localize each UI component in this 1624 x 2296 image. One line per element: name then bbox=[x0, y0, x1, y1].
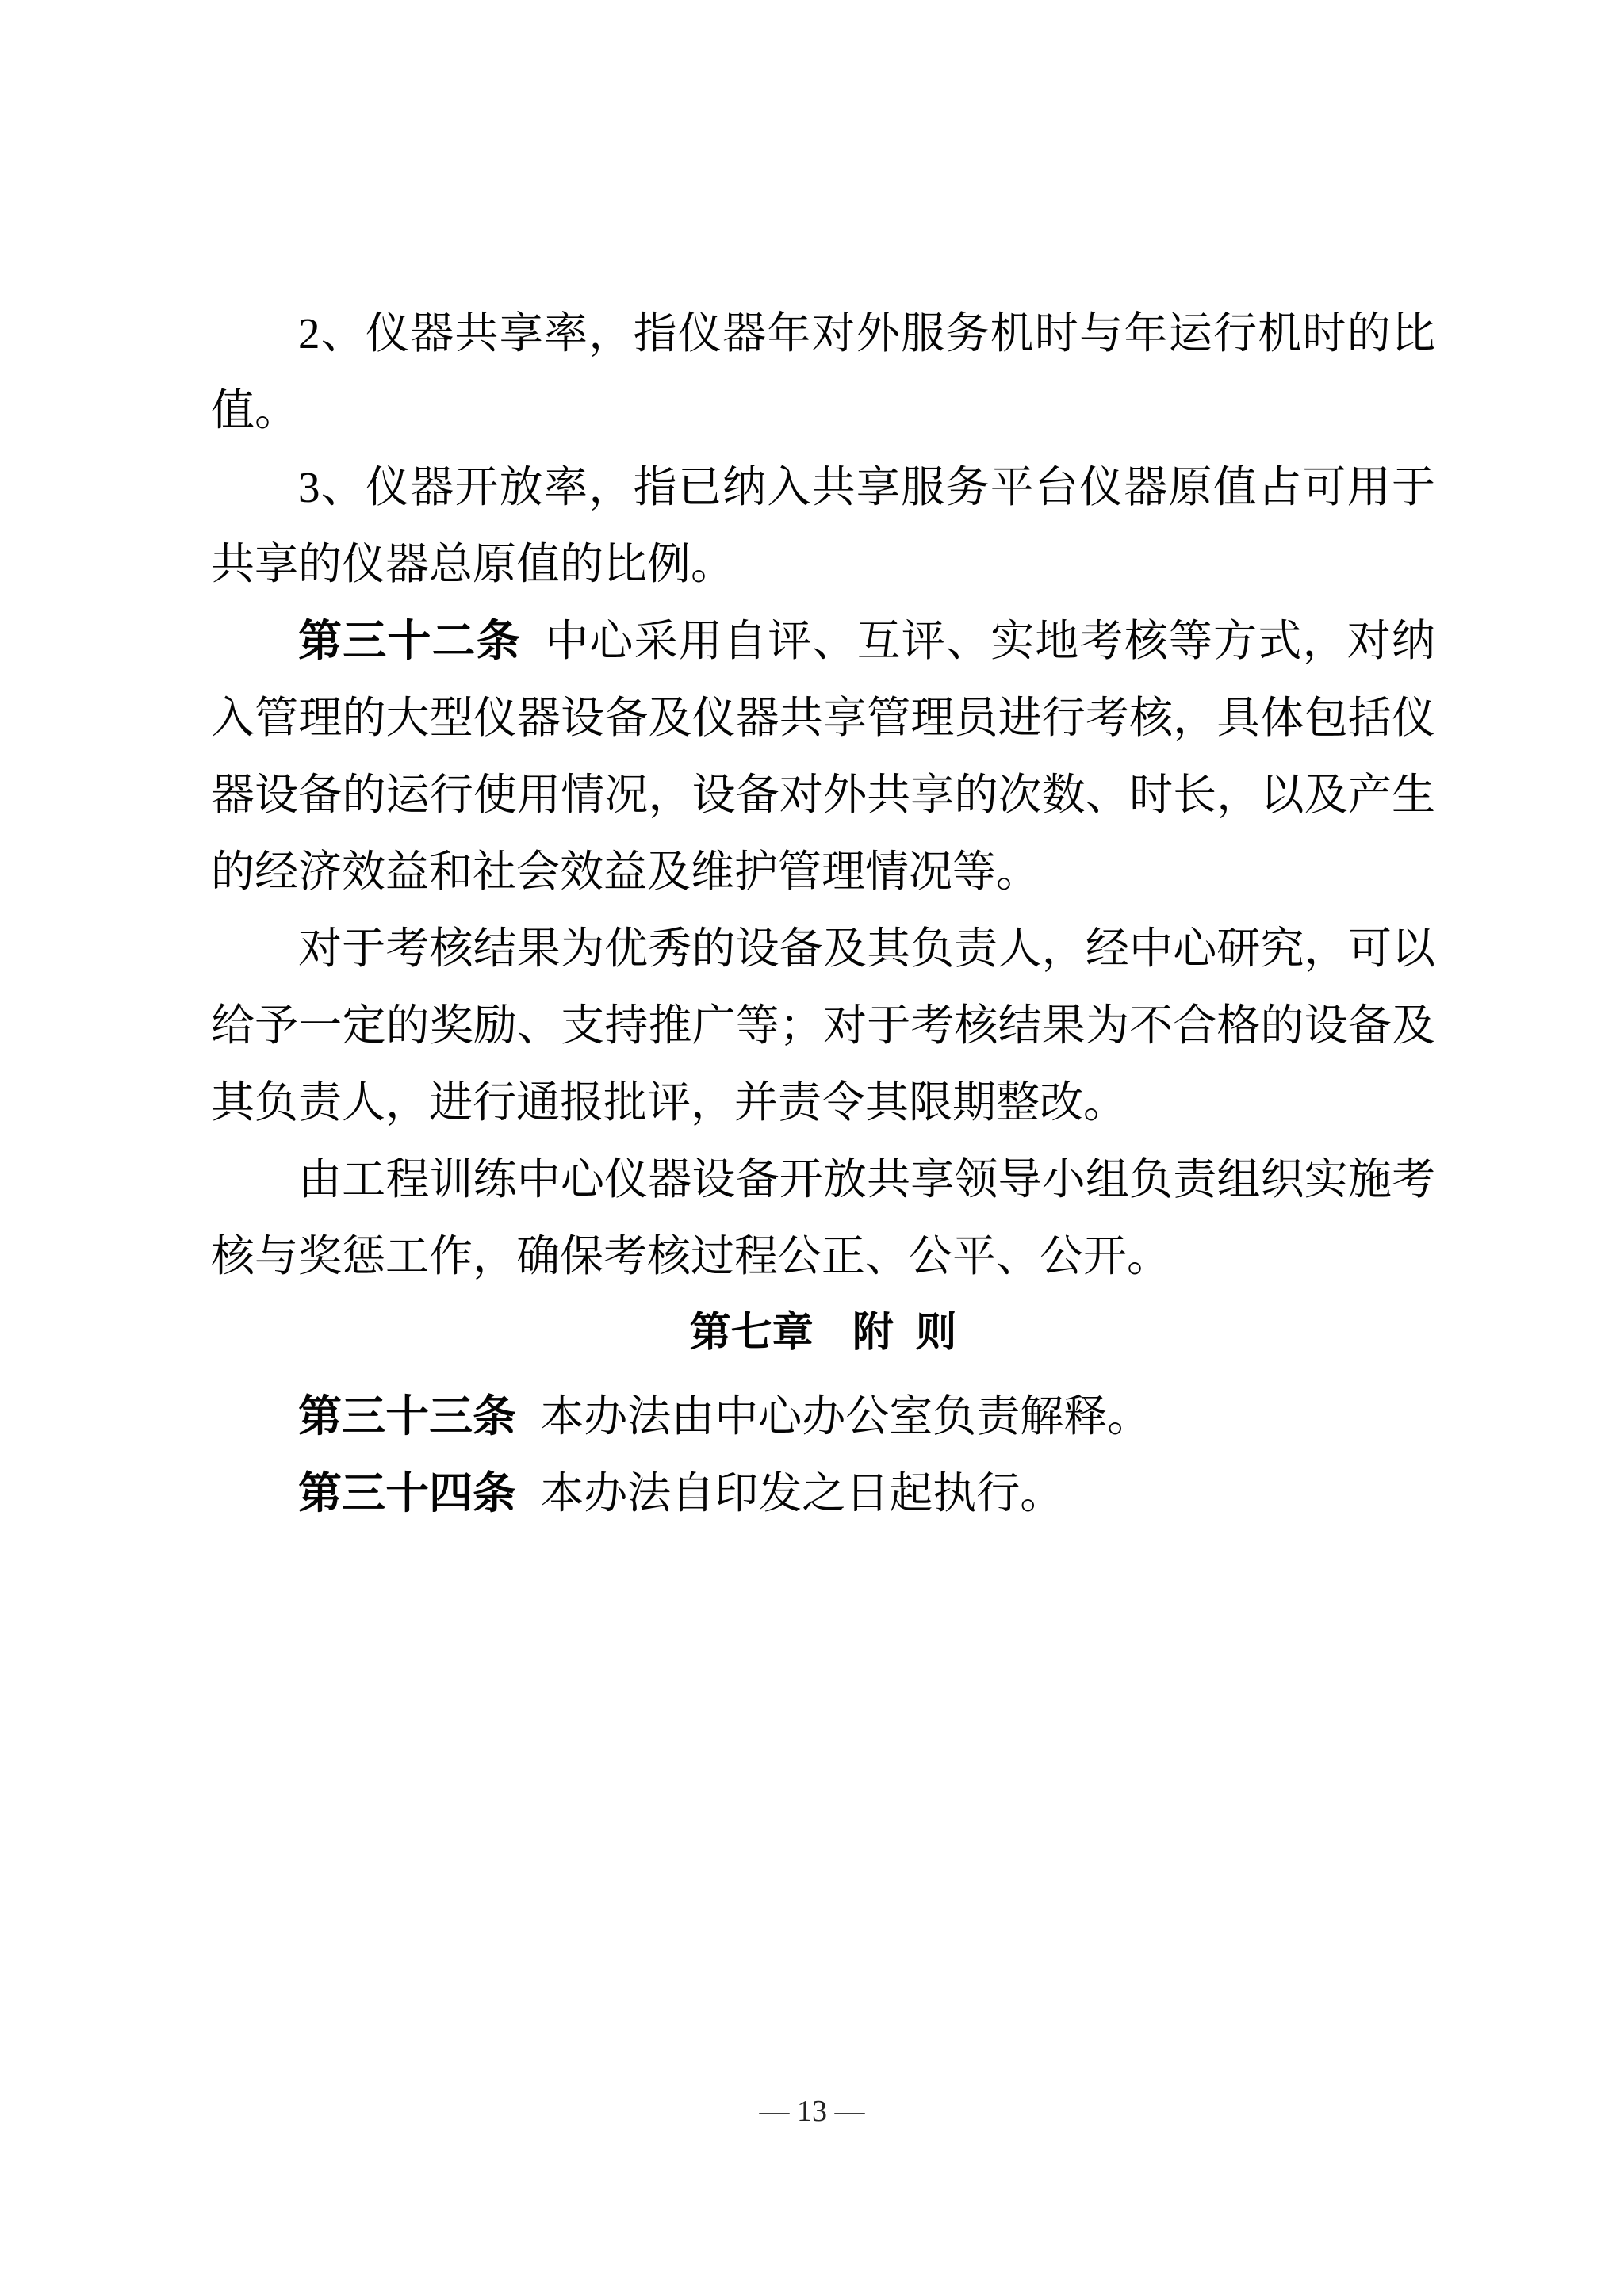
page-number: — 13 — bbox=[760, 2095, 865, 2128]
article-32-number: 第三十二条 bbox=[298, 617, 521, 665]
article-33: 第三十三条本办法由中心办公室负责解释。 bbox=[211, 1378, 1435, 1455]
paragraph-leading-group-implementation: 由工程训练中心仪器设备开放共享领导小组负责组织实施考核与奖惩工作，确保考核过程公… bbox=[211, 1141, 1435, 1295]
page-footer: — 13 — bbox=[0, 2094, 1624, 2129]
article-34-number: 第三十四条 bbox=[298, 1469, 516, 1517]
paragraph-text: 2、仪器共享率，指仪器年对外服务机时与年运行机时的比值。 bbox=[211, 309, 1435, 434]
chapter-number: 第七章 bbox=[690, 1310, 814, 1356]
paragraph-instrument-open-rate: 3、仪器开放率，指已纳入共享服务平台仪器原值占可用于共享的仪器总原值的比例。 bbox=[211, 449, 1435, 603]
article-33-number: 第三十三条 bbox=[298, 1392, 516, 1441]
document-body: 2、仪器共享率，指仪器年对外服务机时与年运行机时的比值。 3、仪器开放率，指已纳… bbox=[211, 295, 1435, 1532]
article-34: 第三十四条本办法自印发之日起执行。 bbox=[211, 1455, 1435, 1532]
paragraph-text: 对于考核结果为优秀的设备及其负责人，经中心研究，可以给予一定的奖励、支持推广等；… bbox=[211, 924, 1435, 1127]
article-32: 第三十二条中心采用自评、互评、实地考核等方式，对纳入管理的大型仪器设备及仪器共享… bbox=[211, 603, 1435, 910]
paragraph-text: 本办法自印发之日起执行。 bbox=[540, 1469, 1063, 1517]
chapter-7-heading: 第七章附 则 bbox=[211, 1295, 1435, 1372]
paragraph-text: 本办法由中心办公室负责解释。 bbox=[540, 1392, 1151, 1441]
chapter-title: 附 则 bbox=[852, 1310, 956, 1356]
paragraph-text: 3、仪器开放率，指已纳入共享服务平台仪器原值占可用于共享的仪器总原值的比例。 bbox=[211, 463, 1435, 588]
paragraph-instrument-sharing-rate: 2、仪器共享率，指仪器年对外服务机时与年运行机时的比值。 bbox=[211, 295, 1435, 449]
document-page: { "document": { "paragraphs": [ { "text"… bbox=[0, 0, 1624, 2296]
paragraph-text: 由工程训练中心仪器设备开放共享领导小组负责组织实施考核与奖惩工作，确保考核过程公… bbox=[211, 1155, 1435, 1280]
paragraph-assessment-results: 对于考核结果为优秀的设备及其负责人，经中心研究，可以给予一定的奖励、支持推广等；… bbox=[211, 910, 1435, 1141]
